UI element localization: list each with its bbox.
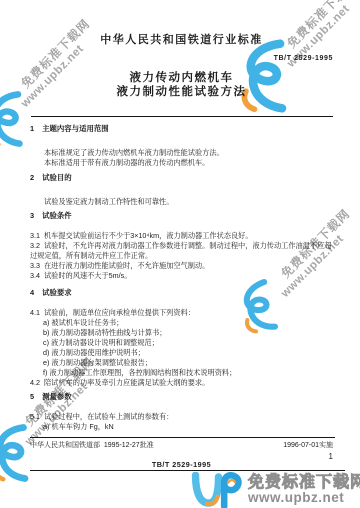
header-rule <box>31 116 333 117</box>
document-title-line1: 液力传动内燃机车 <box>30 71 333 85</box>
section-title: 试验目的 <box>42 173 72 182</box>
section-requirements: 4试验要求 4.1 试验前，制造单位应向承检单位提供下列资料： a) 被试机车设… <box>30 288 333 388</box>
implementation-text: 1996-07-01实施 <box>283 441 333 450</box>
standard-code: TB/T 2529-1995 <box>30 55 333 62</box>
section-purpose: 2试验目的 试验及鉴定液力制动工作特性和可靠性。 <box>30 173 333 207</box>
document-title: 液力传动内燃机车 液力制动性能试验方法 <box>30 71 333 99</box>
section-title: 测量参数 <box>42 392 72 401</box>
up-logo-icon <box>0 90 30 148</box>
section-heading: 5测量参数 <box>30 392 333 402</box>
section-number: 1 <box>30 124 34 133</box>
footer-rule <box>30 437 335 438</box>
list-item: f) 液力制动器工作原理图，各控制阀结构图和技术说明资料； <box>43 368 333 378</box>
site-name: 免费标准下载网 <box>248 475 360 491</box>
approval-text: 中华人民共和国铁道部 1995-12-27批准 <box>30 441 154 450</box>
section-heading: 2试验目的 <box>30 173 333 183</box>
bottom-rule <box>30 470 345 471</box>
section-number: 2 <box>30 173 34 182</box>
section-title: 主题内容与适用范围 <box>42 124 109 133</box>
section-heading: 3试验条件 <box>30 211 333 221</box>
list-item: d) 液力制动器使用维护说明书； <box>43 348 333 358</box>
section-number: 4 <box>30 288 34 297</box>
section-title: 试验要求 <box>42 288 72 297</box>
section-title: 试验条件 <box>42 211 72 220</box>
section-number: 5 <box>30 392 34 401</box>
clause: 3.2 试验时，不允许再对液力制动器工作参数进行调整。制动过程中，液力传动工作油… <box>30 241 333 261</box>
section-scope: 1主题内容与适用范围 本标准规定了液力传动内燃机车液力制动性能试验方法。 本标准… <box>30 124 333 168</box>
list-item: e) 液力制动器台架调整试验报告； <box>43 358 333 368</box>
clause: 4.1 试验前，制造单位应向承检单位提供下列资料： <box>30 308 333 318</box>
section-conditions: 3试验条件 3.1 机车提交试验前运行不少于3×10⁴km，液力制动器工作状态良… <box>30 211 333 281</box>
up-logo-icon <box>188 472 244 508</box>
clause: 4.2 陪试机车的功率及牵引力应能满足试验大纲的要求。 <box>30 378 333 388</box>
section-number: 3 <box>30 211 34 220</box>
list-item: b) 液力制动器制动特性曲线与计算书； <box>43 328 333 338</box>
site-text: 免费标准下载网 www.upbz.net <box>248 475 360 505</box>
list-item: a) 机车车钩力 Fg，kN <box>43 422 333 432</box>
section-heading: 1主题内容与适用范围 <box>30 124 333 134</box>
clause: 3.1 机车提交试验前运行不少于3×10⁴km，液力制动器工作状态良好。 <box>30 231 333 241</box>
paragraph: 本标准规定了液力传动内燃机车液力制动性能试验方法。 <box>44 148 333 158</box>
footer-row: 中华人民共和国铁道部 1995-12-27批准 1996-07-01实施 <box>30 441 333 450</box>
document-page: 免费标准下载网 www.upbz.net 免费标准下载网 www.upbz.ne… <box>0 0 360 508</box>
site-url: www.upbz.net <box>248 491 360 505</box>
paragraph: 本标准适用于带有液力制动器的液力传动内燃机车。 <box>44 158 333 168</box>
clause: 3.4 试验时的风速不大于5m/s。 <box>30 271 333 281</box>
document-title-line2: 液力制动性能试验方法 <box>30 85 333 99</box>
section-parameters: 5测量参数 5.1 试验过程中，在试验车上测试的参数有： a) 机车车钩力 Fg… <box>30 392 333 432</box>
list-item: c) 液力制动器设计说明和调整规范； <box>43 338 333 348</box>
clause: 3.3 在进行液力制动性能试验时，不允许施加空气制动。 <box>30 261 333 271</box>
paragraph: 试验及鉴定液力制动工作特性和可靠性。 <box>44 197 333 207</box>
clause: 5.1 试验过程中，在试验车上测试的参数有： <box>30 412 333 422</box>
site-banner: 免费标准下载网 www.upbz.net <box>188 472 360 508</box>
bottom-standard-code: TB/T 2529-1995 <box>30 460 333 469</box>
standard-org-title: 中华人民共和国铁道行业标准 <box>30 31 333 47</box>
section-heading: 4试验要求 <box>30 288 333 298</box>
list-item: a) 被试机车设计任务书； <box>43 318 333 328</box>
